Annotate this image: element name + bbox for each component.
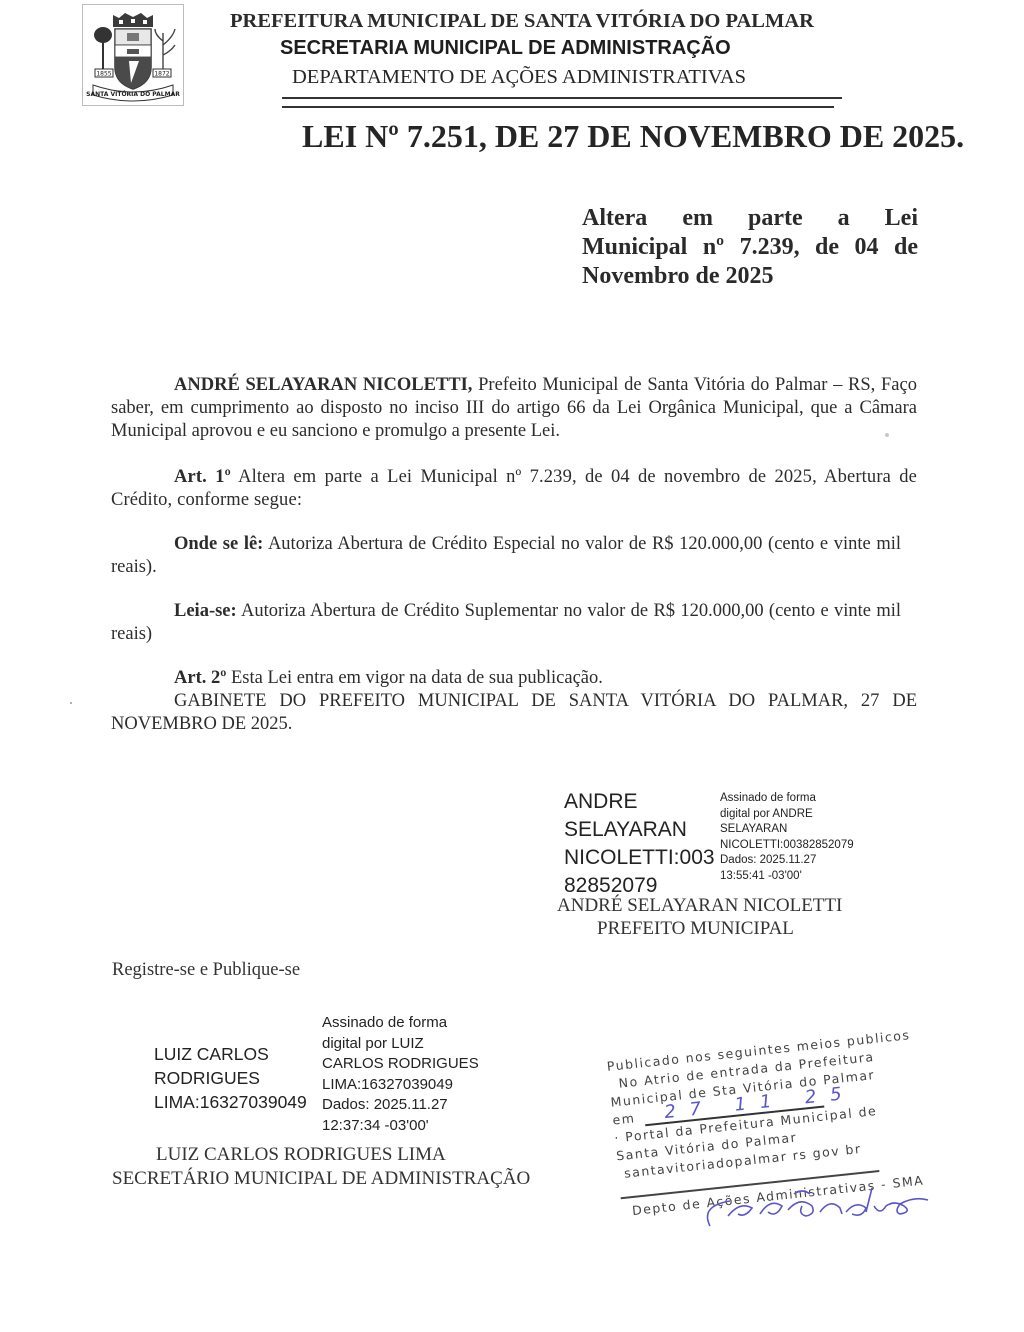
ementa-line: Novembro de 2025 [582,262,918,291]
scan-speck [70,702,72,704]
article-2-label: Art. 2º [174,668,226,688]
mayor-name-bold: ANDRÉ SELAYARAN NICOLETTI, [174,375,472,395]
article-1-label: Art. 1º [174,467,231,487]
header-rule-bottom [282,106,834,108]
gabinete-paragraph: GABINETE DO PREFEITO MUNICIPAL DE SANTA … [111,690,917,736]
svg-text:1855: 1855 [96,71,111,78]
register-publish-note: Registre-se e Publique-se [112,960,300,981]
municipal-logo: 1855 1872 SANTA VITÓRIA DO PALMAR [82,4,184,106]
article-2-text: Esta Lei entra em vigor na data de sua p… [226,668,603,688]
leia-se-label: Leia-se: [174,601,237,621]
scan-speck [885,433,889,437]
mayor-role: PREFEITO MUNICIPAL [597,918,794,940]
article-1-text: Altera em parte a Lei Municipal nº 7.239… [111,467,917,510]
svg-text:SANTA VITÓRIA DO PALMAR: SANTA VITÓRIA DO PALMAR [86,91,180,98]
svg-text:1872: 1872 [154,71,169,78]
preamble-paragraph: ANDRÉ SELAYARAN NICOLETTI, Prefeito Muni… [111,374,917,443]
header-departamento: DEPARTAMENTO DE AÇÕES ADMINISTRATIVAS [292,66,746,89]
article-1: Art. 1º Altera em parte a Lei Municipal … [111,466,917,512]
ementa-line: Altera em parte a Lei [582,204,918,233]
header-secretaria: SECRETARIA MUNICIPAL DE ADMINISTRAÇÃO [280,37,731,60]
secretary-role: SECRETÁRIO MUNICIPAL DE ADMINISTRAÇÃO [112,1168,530,1190]
onde-se-le-paragraph: Onde se lê: Autoriza Abertura de Crédito… [111,533,901,579]
secretary-digital-signature-name: LUIZ CARLOS RODRIGUES LIMA:16327039049 [154,1042,307,1114]
handwritten-signature-icon [690,1176,940,1246]
article-2: Art. 2º Esta Lei entra em vigor na data … [111,667,917,690]
secretary-digital-signature-info: Assinado de forma digital por LUIZ CARLO… [322,1013,479,1136]
secretary-name: LUIZ CARLOS RODRIGUES LIMA [156,1144,446,1166]
header-prefeitura: PREFEITURA MUNICIPAL DE SANTA VITÓRIA DO… [230,10,870,33]
coat-of-arms-icon: 1855 1872 SANTA VITÓRIA DO PALMAR [83,5,183,105]
leia-se-paragraph: Leia-se: Autoriza Abertura de Crédito Su… [111,600,901,646]
mayor-digital-signature-info: Assinado de forma digital por ANDRE SELA… [720,791,854,884]
mayor-name: ANDRÉ SELAYARAN NICOLETTI [557,895,842,917]
header-rule-top [282,97,842,99]
mayor-digital-signature-name: ANDRE SELAYARAN NICOLETTI:003 82852079 [564,788,715,900]
law-ementa: Altera em parte a Lei Municipal nº 7.239… [582,204,918,291]
onde-se-le-label: Onde se lê: [174,534,263,554]
ementa-line: Municipal nº 7.239, de 04 de [582,233,918,262]
law-title: LEI Nº 7.251, DE 27 DE NOVEMBRO DE 2025. [302,118,964,155]
